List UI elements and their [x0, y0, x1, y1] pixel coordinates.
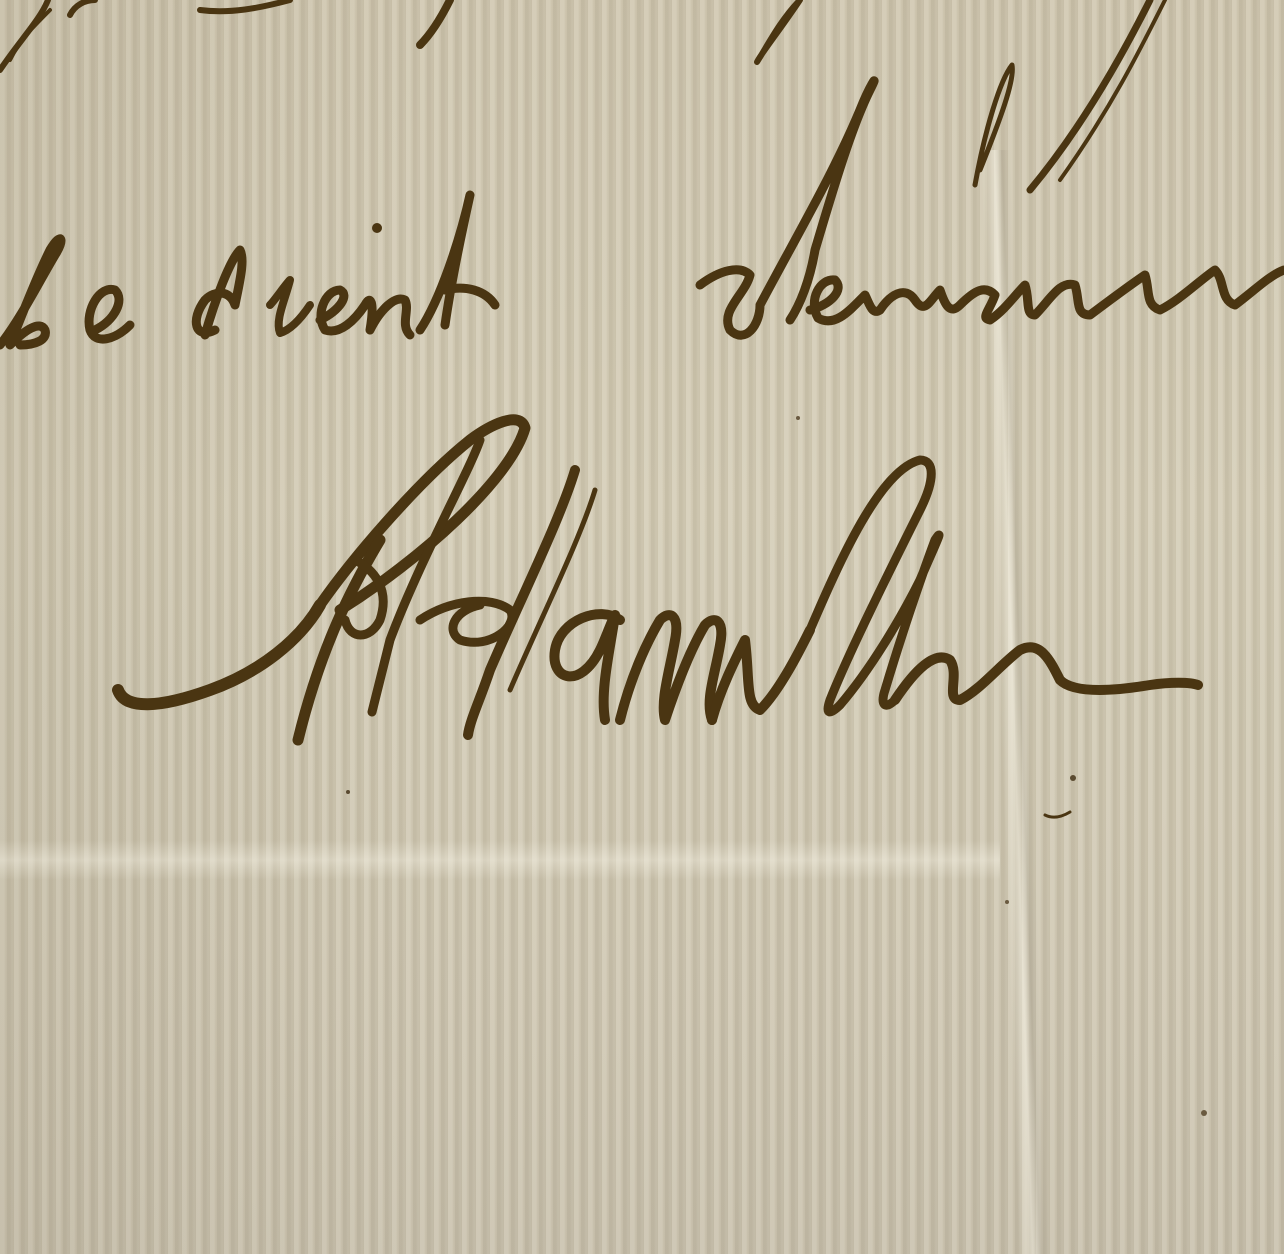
document-photo: obedient Servant A Hamilton — [0, 0, 1284, 1254]
handwriting-ink — [0, 0, 1284, 1254]
signature-a-hamilton — [118, 420, 1198, 740]
top-line-fragments — [0, 0, 1165, 190]
paper-specks — [346, 416, 1207, 1116]
